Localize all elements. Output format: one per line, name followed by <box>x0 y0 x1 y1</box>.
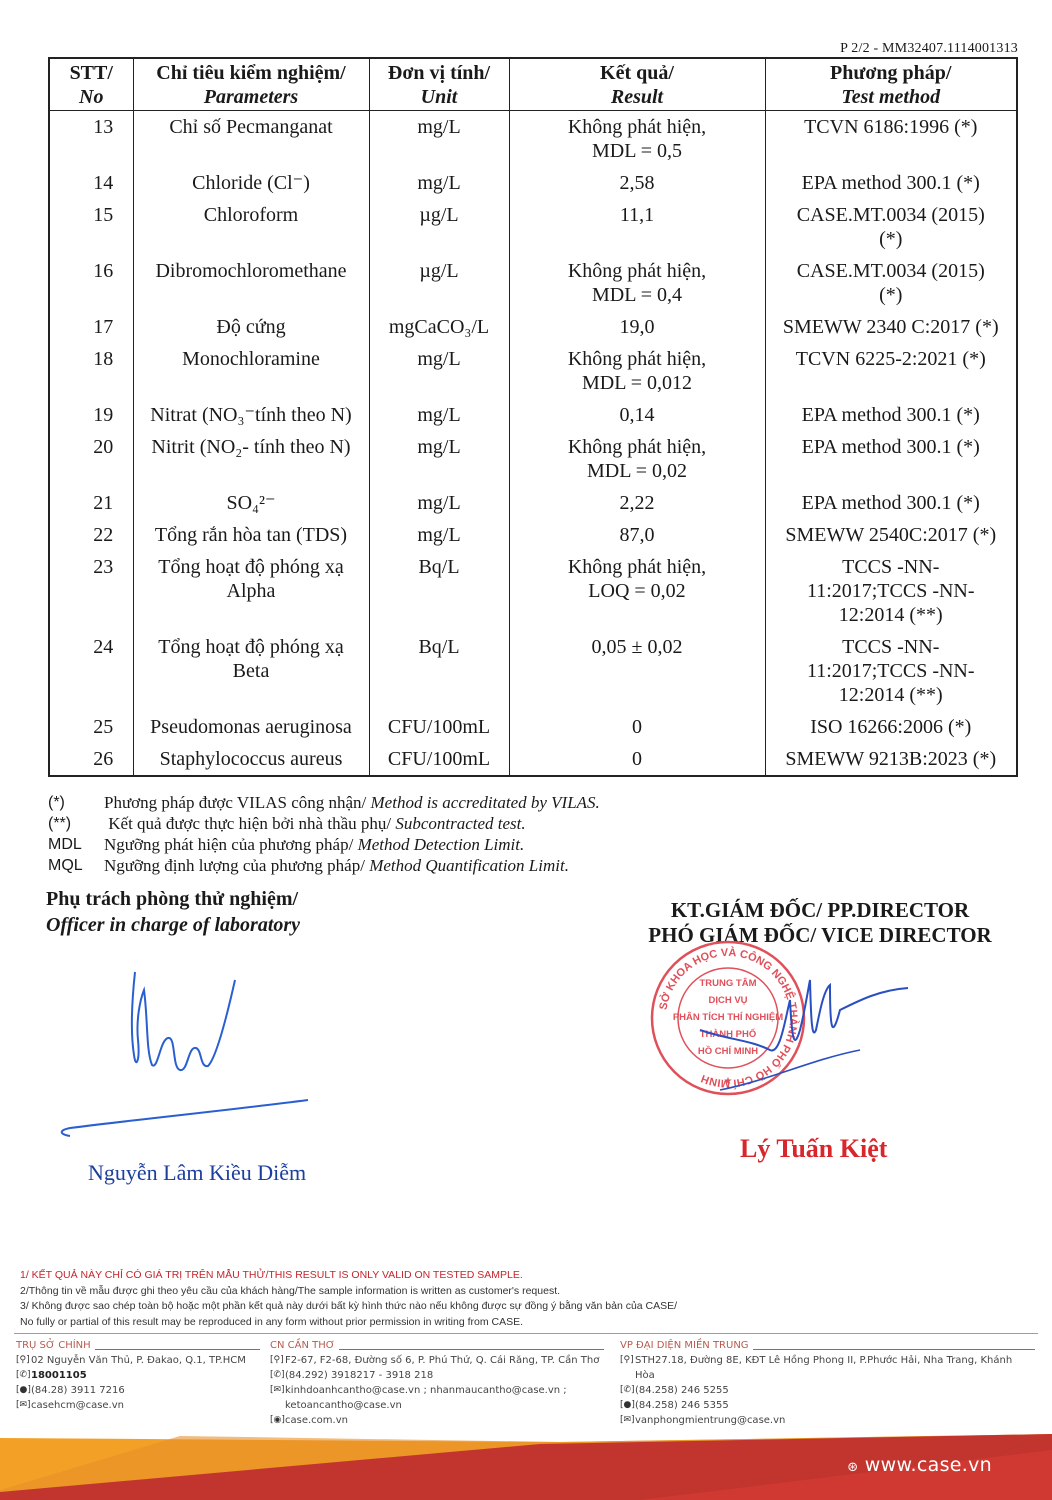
cell-param: SO₄²⁻ <box>133 487 369 519</box>
note-en: Method Detection Limit. <box>358 834 525 855</box>
web-icon: [◉] <box>270 1413 282 1428</box>
fax-icon: [●] <box>620 1398 632 1413</box>
lab-officer-signature <box>30 960 320 1140</box>
cell-method: ISO 16266:2006 (*) <box>765 711 1017 743</box>
office-head: TRỤ SỞ CHÍNH[⚲]02 Nguyễn Văn Thủ, P. Đak… <box>16 1338 260 1413</box>
office-line-text: (84.258) 246 5255 <box>635 1383 729 1398</box>
note-key: (**) <box>48 813 104 834</box>
cell-no: 17 <box>49 311 133 343</box>
cell-param: Độ cứng <box>133 311 369 343</box>
lab-officer-title-vi: Phụ trách phòng thử nghiệm/ <box>46 886 300 912</box>
note-key: MDL <box>48 834 104 855</box>
lab-officer-signature-block: Phụ trách phòng thử nghiệm/ Officer in c… <box>46 886 300 938</box>
cell-param: Chỉ số Pecmanganat <box>133 111 369 168</box>
website-link[interactable]: ⊛ www.case.vn <box>847 1454 992 1476</box>
phone-icon: [✆] <box>270 1368 282 1383</box>
cell-no: 20 <box>49 431 133 487</box>
cell-method: TCCS -NN- 11:2017;TCCS -NN- 12:2014 (**) <box>765 631 1017 711</box>
disclaimer-1: 1/ KẾT QUẢ NÀY CHỈ CÓ GIÁ TRỊ TRÊN MẪU T… <box>20 1268 677 1284</box>
cell-result: 2,58 <box>509 167 765 199</box>
table-body: 13Chỉ số Pecmanganatmg/LKhông phát hiện,… <box>49 111 1017 777</box>
cell-unit: µg/L <box>369 255 509 311</box>
cell-method: SMEWW 9213B:2023 (*) <box>765 743 1017 776</box>
cell-method: TCVN 6225-2:2021 (*) <box>765 343 1017 399</box>
office-line-text: 18001105 <box>31 1368 87 1383</box>
cell-no: 18 <box>49 343 133 399</box>
cell-unit: mg/L <box>369 111 509 168</box>
office-line-text[interactable]: casehcm@case.vn <box>31 1398 124 1413</box>
office-line: [✆](84.292) 3918217 - 3918 218 <box>270 1368 604 1383</box>
cell-unit: mgCaCO₃/L <box>369 311 509 343</box>
disclaimer-2: 2/Thông tin về mẫu được ghi theo yêu cầu… <box>20 1284 677 1300</box>
cell-result: 2,22 <box>509 487 765 519</box>
phone-icon: [✆] <box>620 1383 632 1398</box>
cell-param: Monochloramine <box>133 343 369 399</box>
email-icon: [✉] <box>16 1398 28 1413</box>
cell-param: Tổng hoạt độ phóng xạ Alpha <box>133 551 369 631</box>
cell-param: Pseudomonas aeruginosa <box>133 711 369 743</box>
office-title-text: VP ĐẠI DIỆN MIỀN TRUNG <box>620 1338 749 1353</box>
cell-result: 0,05 ± 0,02 <box>509 631 765 711</box>
note-vi: Phương pháp được VILAS công nhận/ <box>104 792 371 813</box>
note-vi: Kết quả được thực hiện bởi nhà thầu phụ/ <box>104 813 395 834</box>
cell-param: Chloroform <box>133 199 369 255</box>
director-signature <box>690 960 920 1110</box>
cell-method: EPA method 300.1 (*) <box>765 431 1017 487</box>
cell-unit: mg/L <box>369 519 509 551</box>
office-line: [✉]vanphongmientrung@case.vn <box>620 1413 1035 1428</box>
table-row: 23Tổng hoạt độ phóng xạ AlphaBq/LKhông p… <box>49 551 1017 631</box>
header-en: Unit <box>374 85 505 109</box>
table-row: 18Monochloraminemg/LKhông phát hiện, MDL… <box>49 343 1017 399</box>
column-header: Phương pháp/Test method <box>765 58 1017 111</box>
fax-icon: [●] <box>16 1383 28 1398</box>
office-line-text: STH27.18, Đường 8E, KĐT Lê Hồng Phong II… <box>635 1353 1035 1383</box>
table-row: 24Tổng hoạt độ phóng xạ BetaBq/L0,05 ± 0… <box>49 631 1017 711</box>
header-vi: Phương pháp/ <box>830 62 951 84</box>
note-row: (*)Phương pháp được VILAS công nhận/ Met… <box>48 792 600 813</box>
office-line: [●](84.28) 3911 7216 <box>16 1383 260 1398</box>
office-line: [✆](84.258) 246 5255 <box>620 1383 1035 1398</box>
cell-no: 23 <box>49 551 133 631</box>
office-line: [⚲]02 Nguyễn Văn Thủ, P. Đakao, Q.1, TP.… <box>16 1353 260 1368</box>
cell-result: Không phát hiện, LOQ = 0,02 <box>509 551 765 631</box>
column-header: STT/No <box>49 58 133 111</box>
cell-method: CASE.MT.0034 (2015) (*) <box>765 199 1017 255</box>
header-en: Parameters <box>138 85 365 109</box>
note-en: Method Quantification Limit. <box>369 855 569 876</box>
table-row: 13Chỉ số Pecmanganatmg/LKhông phát hiện,… <box>49 111 1017 168</box>
table-row: 17Độ cứngmgCaCO₃/L19,0SMEWW 2340 C:2017 … <box>49 311 1017 343</box>
note-en: Subcontracted test. <box>395 813 525 834</box>
office-title-text: TRỤ SỞ CHÍNH <box>16 1338 91 1353</box>
page-reference: P 2/2 - MM32407.1114001313 <box>840 41 1018 57</box>
table-row: 21SO₄²⁻mg/L2,22EPA method 300.1 (*) <box>49 487 1017 519</box>
cell-no: 24 <box>49 631 133 711</box>
column-header: Đơn vị tính/Unit <box>369 58 509 111</box>
cell-no: 16 <box>49 255 133 311</box>
email-icon: [✉] <box>270 1383 282 1413</box>
header-en: Result <box>514 85 761 109</box>
note-key: MQL <box>48 855 104 876</box>
cell-unit: mg/L <box>369 167 509 199</box>
cell-no: 15 <box>49 199 133 255</box>
location-icon: [⚲] <box>270 1353 282 1368</box>
location-icon: [⚲] <box>16 1353 28 1368</box>
table-row: 25Pseudomonas aeruginosaCFU/100mL0ISO 16… <box>49 711 1017 743</box>
disclaimer-3: 3/ Không được sao chép toàn bộ hoặc một … <box>20 1299 677 1315</box>
cell-method: EPA method 300.1 (*) <box>765 399 1017 431</box>
cell-param: Nitrat (NO₃⁻tính theo N) <box>133 399 369 431</box>
office-title: CN CẦN THƠ <box>270 1338 604 1353</box>
cell-no: 22 <box>49 519 133 551</box>
website-text: www.case.vn <box>865 1454 992 1476</box>
location-icon: [⚲] <box>620 1353 632 1383</box>
cell-param: Tổng hoạt độ phóng xạ Beta <box>133 631 369 711</box>
cell-unit: mg/L <box>369 431 509 487</box>
cell-unit: CFU/100mL <box>369 743 509 776</box>
phone-icon: [✆] <box>16 1368 28 1383</box>
cell-method: SMEWW 2340 C:2017 (*) <box>765 311 1017 343</box>
cell-no: 14 <box>49 167 133 199</box>
legend-notes: (*)Phương pháp được VILAS công nhận/ Met… <box>48 792 600 876</box>
disclaimers: 1/ KẾT QUẢ NÀY CHỈ CÓ GIÁ TRỊ TRÊN MẪU T… <box>20 1268 677 1330</box>
lab-officer-title-en: Officer in charge of laboratory <box>46 912 300 938</box>
table-row: 19Nitrat (NO₃⁻tính theo N)mg/L0,14EPA me… <box>49 399 1017 431</box>
cell-unit: mg/L <box>369 487 509 519</box>
note-en: Method is accreditated by VILAS. <box>371 792 600 813</box>
office-line-text[interactable]: vanphongmientrung@case.vn <box>635 1413 785 1428</box>
office-line-text: (84.292) 3918217 - 3918 218 <box>285 1368 433 1383</box>
table-row: 22Tổng rắn hòa tan (TDS)mg/L87,0SMEWW 25… <box>49 519 1017 551</box>
cell-param: Dibromochloromethane <box>133 255 369 311</box>
cell-result: 0,14 <box>509 399 765 431</box>
cell-result: 0 <box>509 711 765 743</box>
cell-no: 13 <box>49 111 133 168</box>
cell-result: 0 <box>509 743 765 776</box>
note-vi: Ngưỡng phát hiện của phương pháp/ <box>104 834 358 855</box>
lab-officer-name: Nguyễn Lâm Kiều Diễm <box>88 1160 306 1186</box>
director-name: Lý Tuấn Kiệt <box>740 1134 887 1164</box>
cell-result: Không phát hiện, MDL = 0,012 <box>509 343 765 399</box>
cell-method: EPA method 300.1 (*) <box>765 487 1017 519</box>
office-line-text: F2-67, F2-68, Đường số 6, P. Phú Thứ, Q.… <box>285 1353 599 1368</box>
cell-result: Không phát hiện, MDL = 0,4 <box>509 255 765 311</box>
office-line-text: 02 Nguyễn Văn Thủ, P. Đakao, Q.1, TP.HCM <box>31 1353 246 1368</box>
cell-no: 25 <box>49 711 133 743</box>
cell-method: CASE.MT.0034 (2015) (*) <box>765 255 1017 311</box>
cell-result: 19,0 <box>509 311 765 343</box>
office-line-text[interactable]: kinhdoanhcantho@case.vn ; nhanmaucantho@… <box>285 1383 567 1413</box>
office-line: [●](84.258) 246 5355 <box>620 1398 1035 1413</box>
cell-method: TCCS -NN- 11:2017;TCCS -NN- 12:2014 (**) <box>765 551 1017 631</box>
office-cantho: CN CẦN THƠ[⚲]F2-67, F2-68, Đường số 6, P… <box>270 1338 604 1428</box>
office-central: VP ĐẠI DIỆN MIỀN TRUNG[⚲]STH27.18, Đường… <box>620 1338 1035 1428</box>
header-en: No <box>54 85 129 109</box>
cell-param: Nitrit (NO₂- tính theo N) <box>133 431 369 487</box>
cell-no: 21 <box>49 487 133 519</box>
column-header: Kết quả/Result <box>509 58 765 111</box>
cell-result: Không phát hiện, MDL = 0,5 <box>509 111 765 168</box>
office-line-text[interactable]: case.com.vn <box>285 1413 348 1428</box>
footer-divider <box>14 1333 1038 1334</box>
table-row: 14Chloride (Cl⁻)mg/L2,58EPA method 300.1… <box>49 167 1017 199</box>
office-line-text: (84.28) 3911 7216 <box>31 1383 125 1398</box>
cell-param: Chloride (Cl⁻) <box>133 167 369 199</box>
globe-icon: ⊛ <box>847 1460 858 1475</box>
cell-no: 19 <box>49 399 133 431</box>
director-title-1: KT.GIÁM ĐỐC/ PP.DIRECTOR <box>640 898 1000 923</box>
disclaimer-4: No fully or partial of this result may b… <box>20 1315 677 1331</box>
column-header: Chỉ tiêu kiểm nghiệm/Parameters <box>133 58 369 111</box>
cell-result: Không phát hiện, MDL = 0,02 <box>509 431 765 487</box>
note-vi: Ngưỡng định lượng của phương pháp/ <box>104 855 369 876</box>
cell-unit: mg/L <box>369 399 509 431</box>
office-line: [✉]casehcm@case.vn <box>16 1398 260 1413</box>
cell-no: 26 <box>49 743 133 776</box>
cell-unit: mg/L <box>369 343 509 399</box>
cell-unit: Bq/L <box>369 551 509 631</box>
header-vi: STT/ <box>70 62 113 84</box>
table-row: 20Nitrit (NO₂- tính theo N)mg/LKhông phá… <box>49 431 1017 487</box>
cell-method: EPA method 300.1 (*) <box>765 167 1017 199</box>
office-line: [✉]kinhdoanhcantho@case.vn ; nhanmaucant… <box>270 1383 604 1413</box>
cell-param: Staphylococcus aureus <box>133 743 369 776</box>
office-title-text: CN CẦN THƠ <box>270 1338 335 1353</box>
header-vi: Đơn vị tính/ <box>388 62 490 84</box>
note-row: MQLNgưỡng định lượng của phương pháp/ Me… <box>48 855 600 876</box>
cell-unit: CFU/100mL <box>369 711 509 743</box>
office-title: VP ĐẠI DIỆN MIỀN TRUNG <box>620 1338 1035 1353</box>
cell-param: Tổng rắn hòa tan (TDS) <box>133 519 369 551</box>
office-line: [⚲]F2-67, F2-68, Đường số 6, P. Phú Thứ,… <box>270 1353 604 1368</box>
cell-unit: µg/L <box>369 199 509 255</box>
results-table: STT/NoChỉ tiêu kiểm nghiệm/ParametersĐơn… <box>48 57 1018 777</box>
office-line: [✆]18001105 <box>16 1368 260 1383</box>
cell-method: SMEWW 2540C:2017 (*) <box>765 519 1017 551</box>
table-header-row: STT/NoChỉ tiêu kiểm nghiệm/ParametersĐơn… <box>49 58 1017 111</box>
header-en: Test method <box>770 85 1013 109</box>
header-vi: Chỉ tiêu kiểm nghiệm/ <box>156 62 345 84</box>
note-row: (**) Kết quả được thực hiện bởi nhà thầu… <box>48 813 600 834</box>
cell-method: TCVN 6186:1996 (*) <box>765 111 1017 168</box>
cell-result: 11,1 <box>509 199 765 255</box>
note-key: (*) <box>48 792 104 813</box>
office-line: [◉]case.com.vn <box>270 1413 604 1428</box>
cell-result: 87,0 <box>509 519 765 551</box>
email-icon: [✉] <box>620 1413 632 1428</box>
cell-unit: Bq/L <box>369 631 509 711</box>
office-title: TRỤ SỞ CHÍNH <box>16 1338 260 1353</box>
office-line-text: (84.258) 246 5355 <box>635 1398 729 1413</box>
table-row: 26Staphylococcus aureusCFU/100mL0SMEWW 9… <box>49 743 1017 776</box>
office-line: [⚲]STH27.18, Đường 8E, KĐT Lê Hồng Phong… <box>620 1353 1035 1383</box>
table-row: 15Chloroformµg/L11,1CASE.MT.0034 (2015) … <box>49 199 1017 255</box>
header-vi: Kết quả/ <box>600 62 674 84</box>
note-row: MDLNgưỡng phát hiện của phương pháp/ Met… <box>48 834 600 855</box>
table-row: 16Dibromochloromethaneµg/LKhông phát hiệ… <box>49 255 1017 311</box>
